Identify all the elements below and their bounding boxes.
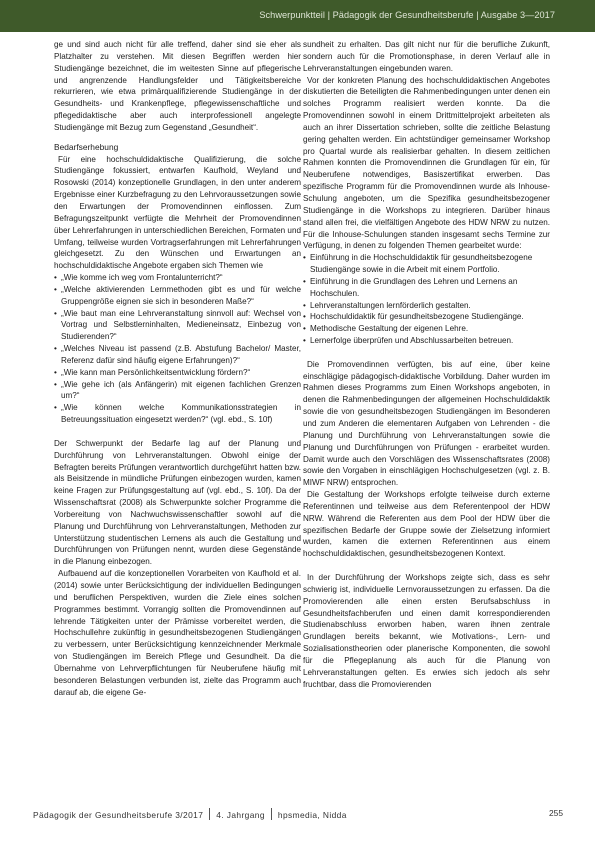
header-bar: Schwerpunktteil | Pädagogik der Gesundhe… bbox=[0, 0, 595, 32]
bullet-list: „Wie komme ich weg vom Frontalunterricht… bbox=[54, 272, 301, 426]
section-heading: Bedarfserhebung bbox=[54, 142, 301, 154]
paragraph: Aufbauend auf die konzeptionellen Vorarb… bbox=[54, 568, 301, 698]
list-item: Einführung in die Grundlagen des Lehren … bbox=[303, 276, 550, 300]
page-footer: Pädagogik der Gesundheitsberufe 3/20174.… bbox=[33, 808, 563, 820]
divider bbox=[271, 808, 272, 820]
bullet-list: Einführung in die Hochschuldidaktik für … bbox=[303, 252, 550, 347]
paragraph: Der Schwerpunkt der Bedarfe lag auf der … bbox=[54, 438, 301, 568]
list-item: Lernerfolge überprüfen und Abschlussarbe… bbox=[303, 335, 550, 347]
list-item: „Welches Niveau ist passend (z.B. Abstuf… bbox=[54, 343, 301, 367]
list-item: Methodische Gestaltung der eigenen Lehre… bbox=[303, 323, 550, 335]
paragraph: Die Gestaltung der Workshops erfolgte te… bbox=[303, 489, 550, 560]
list-item: „Wie kann man Persönlichkeitsentwicklung… bbox=[54, 367, 301, 379]
list-item: „Wie baut man eine Lehrveranstaltung sin… bbox=[54, 308, 301, 344]
list-item: Lehrveranstaltungen lernförderlich gesta… bbox=[303, 300, 550, 312]
publisher: hpsmedia, Nidda bbox=[278, 810, 347, 820]
paragraph: Für eine hochschuldidaktische Qualifizie… bbox=[54, 154, 301, 272]
list-item: „Wie können welche Kommunikationsstrateg… bbox=[54, 402, 301, 426]
list-item: „Wie gehe ich (als Anfängerin) mit eigen… bbox=[54, 379, 301, 403]
divider bbox=[209, 808, 210, 820]
left-column: ge und sind auch nicht für alle treffend… bbox=[54, 39, 301, 698]
paragraph: sundheit zu erhalten. Das gilt nicht nur… bbox=[303, 39, 550, 75]
list-item: „Welche aktivierenden Lernmethoden gibt … bbox=[54, 284, 301, 308]
page-number: 255 bbox=[549, 808, 563, 818]
list-item: Einführung in die Hochschuldidaktik für … bbox=[303, 252, 550, 276]
list-item: Hochschuldidaktik für gesundheitsbezogen… bbox=[303, 311, 550, 323]
right-column: sundheit zu erhalten. Das gilt nicht nur… bbox=[303, 39, 550, 690]
list-item: „Wie komme ich weg vom Frontalunterricht… bbox=[54, 272, 301, 284]
volume: 4. Jahrgang bbox=[216, 810, 265, 820]
paragraph: Vor der konkreten Planung des hochschuld… bbox=[303, 75, 550, 253]
running-header: Schwerpunktteil | Pädagogik der Gesundhe… bbox=[259, 10, 555, 20]
paragraph: ge und sind auch nicht für alle treffend… bbox=[54, 39, 301, 134]
paragraph: Die Promovendinnen verfügten, bis auf ei… bbox=[303, 359, 550, 489]
paragraph: In der Durchführung der Workshops zeigte… bbox=[303, 572, 550, 690]
journal-name: Pädagogik der Gesundheitsberufe 3/2017 bbox=[33, 810, 203, 820]
